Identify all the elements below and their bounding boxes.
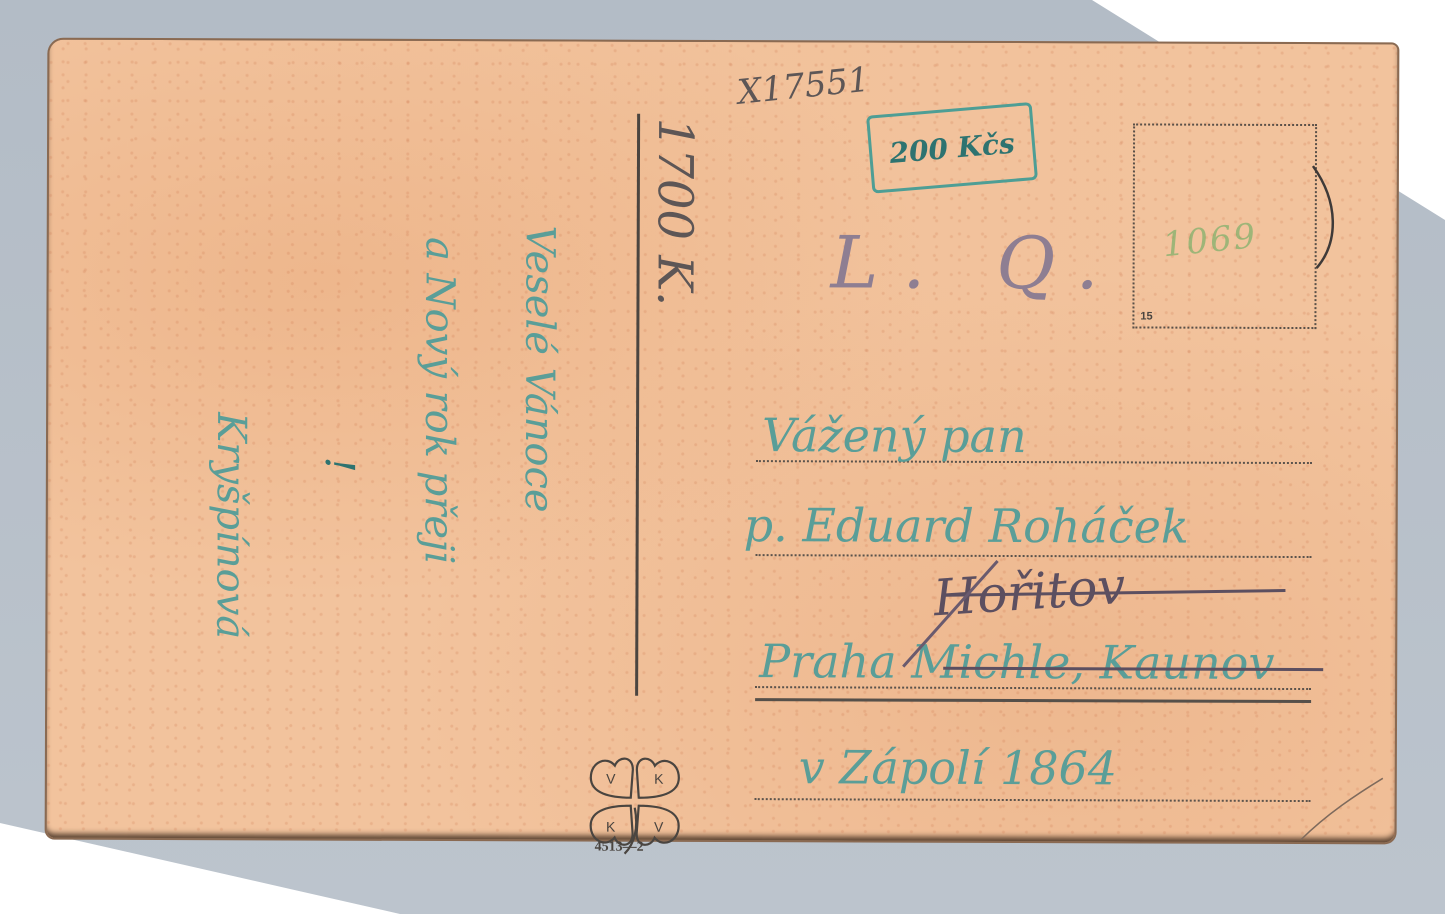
message-signature: Kryšpínová — [207, 412, 254, 639]
address-name: p. Eduard Roháček — [744, 498, 1189, 554]
stamp-box: 1069 15 — [1132, 123, 1317, 329]
message-line-2: a Nový rok přeji — [416, 237, 463, 564]
logo-letter-k1: K — [654, 771, 664, 787]
address-city: Praha Michle, Kaunov — [759, 634, 1274, 690]
address-street: v Zápolí 1864 — [799, 740, 1117, 795]
pencil-diagonal-stroke — [897, 555, 1007, 675]
message-exclamation: ! — [316, 457, 362, 473]
stamp-box-number: 15 — [1140, 310, 1152, 322]
logo-letter-v2: V — [654, 819, 664, 835]
pencil-arc — [1309, 162, 1349, 272]
logo-letter-k2: K — [606, 819, 616, 835]
corner-crease — [1297, 774, 1387, 844]
initials: L. Q. — [830, 220, 1122, 305]
vertical-price: 1700 K. — [646, 118, 703, 307]
postcard: X17551 200 Kčs 1700 K. 1069 15 L. Q. Váž… — [47, 40, 1398, 843]
address-salutation: Vážený pan — [762, 408, 1027, 463]
stamp-cancel-marking: 1069 — [1161, 216, 1259, 265]
price-box: 200 Kčs — [866, 102, 1038, 194]
price-text: 200 Kčs — [888, 126, 1016, 169]
print-code: 4513—2 — [595, 840, 644, 856]
message-line-1: Veselé Vánoce — [516, 225, 563, 512]
logo-letter-v1: V — [606, 771, 616, 787]
